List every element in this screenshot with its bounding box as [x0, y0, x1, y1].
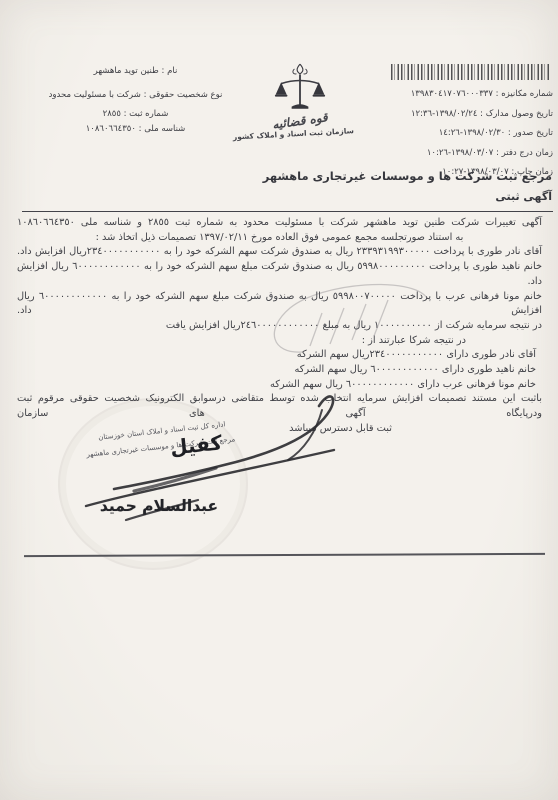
registration-authority-line: مرجع ثبت شرکت ها و موسسات غیرتجاری ماهشه…	[263, 169, 552, 183]
field-label: شماره ثبت :	[124, 109, 169, 119]
signer-name: عبدالسلام حمید	[84, 497, 234, 515]
body-line: خانم ناهید طوری دارای ٦٠٠٠٠٠٠٠٠٠٠٠٠ ریال…	[17, 363, 542, 378]
field-value: ١٣٩٨٣٠٤١٧٠٧٦٠٠٠٣٣٧	[411, 89, 493, 99]
header-divider	[22, 211, 553, 212]
field-label: تاریخ صدور :	[508, 128, 553, 138]
document-type-title: آگهی ثبتی	[495, 190, 552, 203]
judiciary-emblem: قوه قضائیه سازمان ثبت اسناد و املاک کشور	[246, 62, 354, 138]
body-line: آگهی تغییرات شرکت طنین توید ماهشهر شرکت …	[17, 216, 542, 231]
scanned-document-page: شماره مکانیزه : ١٣٩٨٣٠٤١٧٠٧٦٠٠٠٣٣٧ تاریخ…	[0, 0, 558, 800]
field-value: ١٣٩٨/٠٢/٣٠-١٤:٢٦	[439, 128, 505, 138]
body-line: آقای نادر طوری با پرداخت ٢٣٣٩٣١٩٩٣٠٠٠٠٠ …	[17, 245, 542, 260]
field-value: ١٣٩٨/٠٣/٠٧-١٠:٢٦	[427, 148, 493, 158]
body-line: در نتیجه شرکا عبارتند از :	[17, 334, 542, 349]
legal-entity-type-row: نوع شخصیت حقوقی : شرکت با مسئولیت محدود	[28, 90, 243, 100]
field-value: ١٣٩٨/٠٢/٢٤-١٢:٣٦	[411, 109, 477, 119]
field-label: نام :	[162, 66, 178, 76]
field-value: ٢٨٥٥	[103, 109, 121, 119]
body-line: خانم مونا فرهانی عرب دارای ٦٠٠٠٠٠٠٠٠٠٠٠٠…	[17, 378, 542, 393]
body-line: در نتیجه سرمایه شرکت از ١٠٠٠٠٠٠٠٠٠٠ ریال…	[17, 319, 542, 334]
field-label: تاریخ وصول مدارک :	[480, 109, 553, 119]
ledger-entry-time-row: زمان درج دفتر : ١٣٩٨/٠٣/٠٧-١٠:٢٦	[303, 144, 553, 164]
body-line: خانم مونا فرهانی عرب با پرداخت ٥٩٩٨٠٠٧٠٠…	[17, 290, 542, 319]
registration-number-row: شماره ثبت : ٢٨٥٥	[28, 109, 243, 119]
body-line: به استناد صورتجلسه مجمع عمومی فوق العاده…	[17, 231, 542, 246]
field-value: ١٠٨٦٠٦٦٤٣٥٠	[86, 124, 136, 134]
field-label: شماره مکانیزه :	[496, 89, 553, 99]
body-line: خانم ناهید طوری با پرداخت ٥٩٩٨٠٠٠٠٠٠٠٠٠ …	[17, 260, 542, 289]
notice-body: آگهی تغییرات شرکت طنین توید ماهشهر شرکت …	[17, 216, 542, 437]
company-name-row: نام : طنین توید ماهشهر	[28, 66, 243, 76]
field-label: نوع شخصیت حقوقی :	[144, 90, 223, 100]
barcode	[391, 64, 551, 80]
meta-left-block: نام : طنین توید ماهشهر نوع شخصیت حقوقی :…	[28, 66, 243, 134]
national-id-row: شناسه ملی : ١٠٨٦٠٦٦٤٣٥٠	[28, 124, 243, 134]
field-label: شناسه ملی :	[139, 124, 186, 134]
field-label: زمان درج دفتر :	[496, 148, 553, 158]
field-value: طنین توید ماهشهر	[94, 66, 159, 76]
body-line: آقای نادر طوری دارای ٢٣٤٠٠٠٠٠٠٠٠٠٠٠ریال …	[17, 348, 542, 363]
field-value: شرکت با مسئولیت محدود	[49, 90, 141, 100]
